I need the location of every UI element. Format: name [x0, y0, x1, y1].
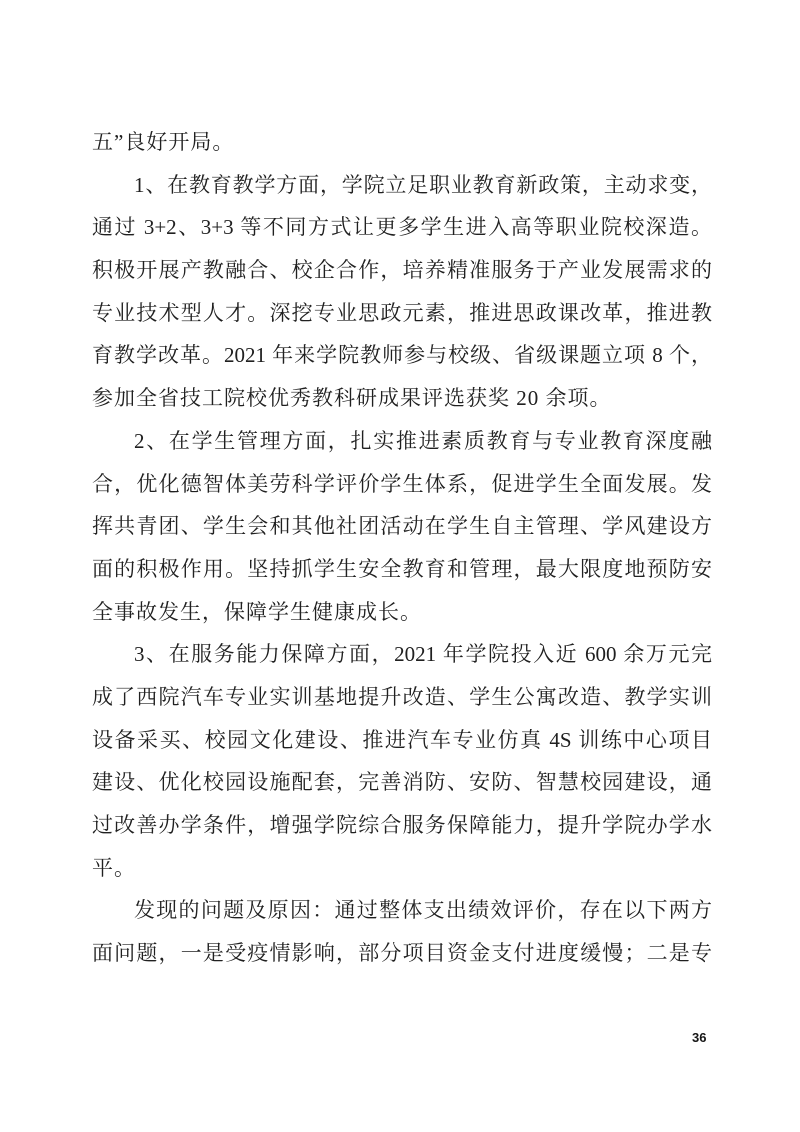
paragraph: 五”良好开局。 [92, 121, 712, 164]
text-line: 成了西院汽车专业实训基地提升改造、学生公寓改造、教学实训 [92, 676, 712, 719]
text-line: 育教学改革。2021 年来学院教师参与校级、省级课题立项 8 个， [92, 334, 712, 377]
paragraph: 1、在教育教学方面，学院立足职业教育新政策，主动求变，通过 3+2、3+3 等不… [92, 164, 712, 420]
text-line: 通过 3+2、3+3 等不同方式让更多学生进入高等职业院校深造。 [92, 206, 712, 249]
text-line: 过改善办学条件，增强学院综合服务保障能力，提升学院办学水 [92, 804, 712, 847]
text-line: 发现的问题及原因：通过整体支出绩效评价，存在以下两方 [92, 889, 712, 932]
text-line: 挥共青团、学生会和其他社团活动在学生自主管理、学风建设方 [92, 505, 712, 548]
page-number: 36 [692, 1030, 706, 1045]
text-line: 全事故发生，保障学生健康成长。 [92, 591, 712, 634]
text-line: 1、在教育教学方面，学院立足职业教育新政策，主动求变， [92, 164, 712, 207]
text-line: 建设、优化校园设施配套，完善消防、安防、智慧校园建设，通 [92, 761, 712, 804]
paragraph: 2、在学生管理方面，扎实推进素质教育与专业教育深度融合，优化德智体美劳科学评价学… [92, 420, 712, 633]
paragraph: 3、在服务能力保障方面，2021 年学院投入近 600 余万元完成了西院汽车专业… [92, 633, 712, 889]
text-line: 面问题，一是受疫情影响，部分项目资金支付进度缓慢；二是专 [92, 932, 712, 975]
text-line: 2、在学生管理方面，扎实推进素质教育与专业教育深度融 [92, 420, 712, 463]
text-line: 3、在服务能力保障方面，2021 年学院投入近 600 余万元完 [92, 633, 712, 676]
text-line: 专业技术型人才。深挖专业思政元素，推进思政课改革，推进教 [92, 292, 712, 335]
text-line: 平。 [92, 847, 712, 890]
text-line: 合，优化德智体美劳科学评价学生体系，促进学生全面发展。发 [92, 463, 712, 506]
text-line: 参加全省技工院校优秀教科研成果评选获奖 20 余项。 [92, 377, 712, 420]
text-line: 面的积极作用。坚持抓学生安全教育和管理，最大限度地预防安 [92, 548, 712, 591]
text-line: 设备采买、校园文化建设、推进汽车专业仿真 4S 训练中心项目 [92, 719, 712, 762]
document-page: 五”良好开局。1、在教育教学方面，学院立足职业教育新政策，主动求变，通过 3+2… [0, 0, 800, 1132]
paragraph: 发现的问题及原因：通过整体支出绩效评价，存在以下两方面问题，一是受疫情影响，部分… [92, 889, 712, 974]
text-body: 五”良好开局。1、在教育教学方面，学院立足职业教育新政策，主动求变，通过 3+2… [92, 121, 712, 975]
text-line: 积极开展产教融合、校企合作，培养精准服务于产业发展需求的 [92, 249, 712, 292]
text-line: 五”良好开局。 [92, 121, 712, 164]
